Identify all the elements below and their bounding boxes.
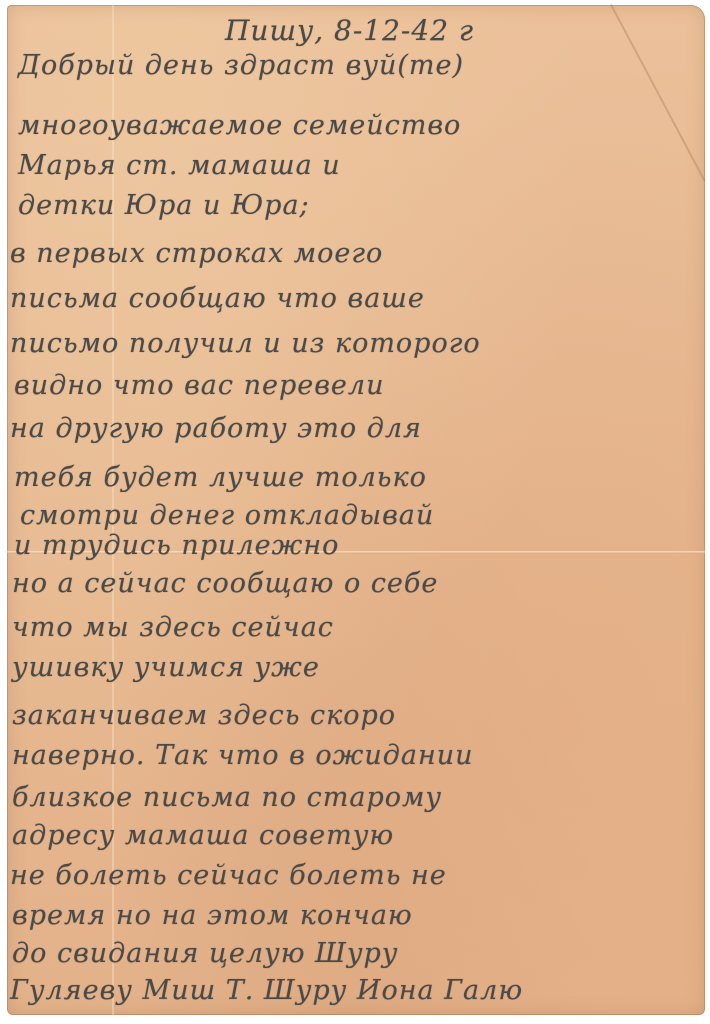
letter-line: смотри денег откладывай bbox=[20, 500, 434, 531]
letter-line: на другую работу это для bbox=[10, 413, 422, 444]
letter-line: письма сообщаю что ваше bbox=[10, 283, 425, 314]
letter-line: наверно. Так что в ожидании bbox=[12, 740, 474, 771]
letter-line: Гуляеву Миш Т. Шуру Иона Галю bbox=[10, 975, 523, 1006]
letter-line: близкое письма по старому bbox=[12, 782, 442, 813]
letter-line: видно что вас перевели bbox=[14, 370, 385, 401]
letter-line: заканчиваем здесь скоро bbox=[12, 700, 396, 731]
letter-line: до свидания целую Шуру bbox=[12, 938, 398, 969]
letter-line: тебя будет лучше только bbox=[14, 462, 427, 493]
letter-line: детки Юра и Юра; bbox=[18, 190, 310, 221]
letter-line: Добрый день здраст вуй(те) bbox=[18, 50, 464, 81]
letter-line: Марья ст. мамаша и bbox=[18, 150, 341, 181]
letter-line: письмо получил и из которого bbox=[10, 328, 481, 359]
letter-line: и трудись прилежно bbox=[14, 530, 339, 561]
letter-line: время но на этом кончаю bbox=[12, 900, 413, 931]
letter-line: многоуважаемое семейство bbox=[18, 110, 461, 141]
letter-line: но а сейчас сообщаю о себе bbox=[12, 568, 438, 599]
letter-line: не болеть сейчас болеть не bbox=[10, 860, 447, 891]
date-line: Пишу, 8-12-42 г bbox=[225, 14, 474, 47]
letter-line: что мы здесь сейчас bbox=[12, 612, 334, 643]
letter-line: адресу мамаша советую bbox=[12, 820, 394, 851]
handwritten-letter: Пишу, 8-12-42 г Добрый день здраст вуй(т… bbox=[0, 0, 710, 1024]
letter-line: в первых строках моего bbox=[10, 238, 383, 269]
letter-line: ушивку учимся уже bbox=[12, 652, 320, 683]
